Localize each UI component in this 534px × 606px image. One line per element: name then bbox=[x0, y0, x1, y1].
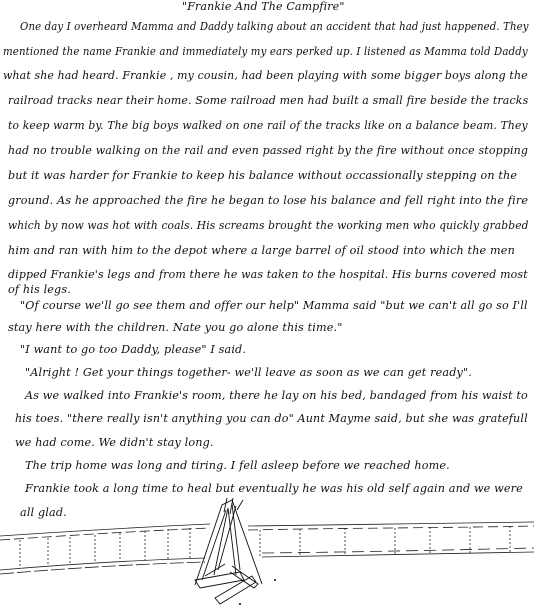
text-line: mentioned the name Frankie and immediate… bbox=[3, 45, 528, 59]
text-line: dipped Frankie's legs and from there he … bbox=[8, 268, 528, 282]
text-line: As we walked into Frankie's room, there … bbox=[25, 389, 528, 403]
railroad-tracks-icon bbox=[0, 522, 534, 574]
campfire-icon bbox=[195, 498, 276, 605]
text-line: "Of course we'll go see them and offer o… bbox=[20, 299, 528, 313]
text-line: what she had heard. Frankie , my cousin,… bbox=[3, 69, 528, 83]
text-line: his toes. "there really isn't anything y… bbox=[15, 412, 528, 426]
campfire-drawing bbox=[0, 480, 534, 606]
text-line: of his legs. bbox=[8, 283, 71, 297]
scanned-page: "Frankie And The Campfire" One day I ove… bbox=[0, 0, 534, 606]
text-line: "I want to go too Daddy, please" I said. bbox=[20, 343, 246, 357]
text-line: railroad tracks near their home. Some ra… bbox=[8, 94, 528, 108]
text-line: which by now was hot with coals. His scr… bbox=[8, 219, 529, 233]
text-line: "Alright ! Get your things together- we'… bbox=[25, 366, 472, 380]
text-line: ground. As he approached the fire he beg… bbox=[8, 194, 528, 208]
text-line: to keep warm by. The big boys walked on … bbox=[8, 119, 528, 133]
text-line: The trip home was long and tiring. I fel… bbox=[25, 459, 450, 473]
text-line: stay here with the children. Nate you go… bbox=[8, 321, 343, 335]
text-line: One day I overheard Mamma and Daddy talk… bbox=[20, 20, 529, 34]
text-line: had no trouble walking on the rail and e… bbox=[8, 144, 528, 158]
story-title: "Frankie And The Campfire" bbox=[182, 0, 345, 14]
text-line: we had come. We didn't stay long. bbox=[15, 436, 214, 450]
text-line: him and ran with him to the depot where … bbox=[8, 244, 515, 258]
text-line: but it was harder for Frankie to keep hi… bbox=[8, 169, 517, 183]
